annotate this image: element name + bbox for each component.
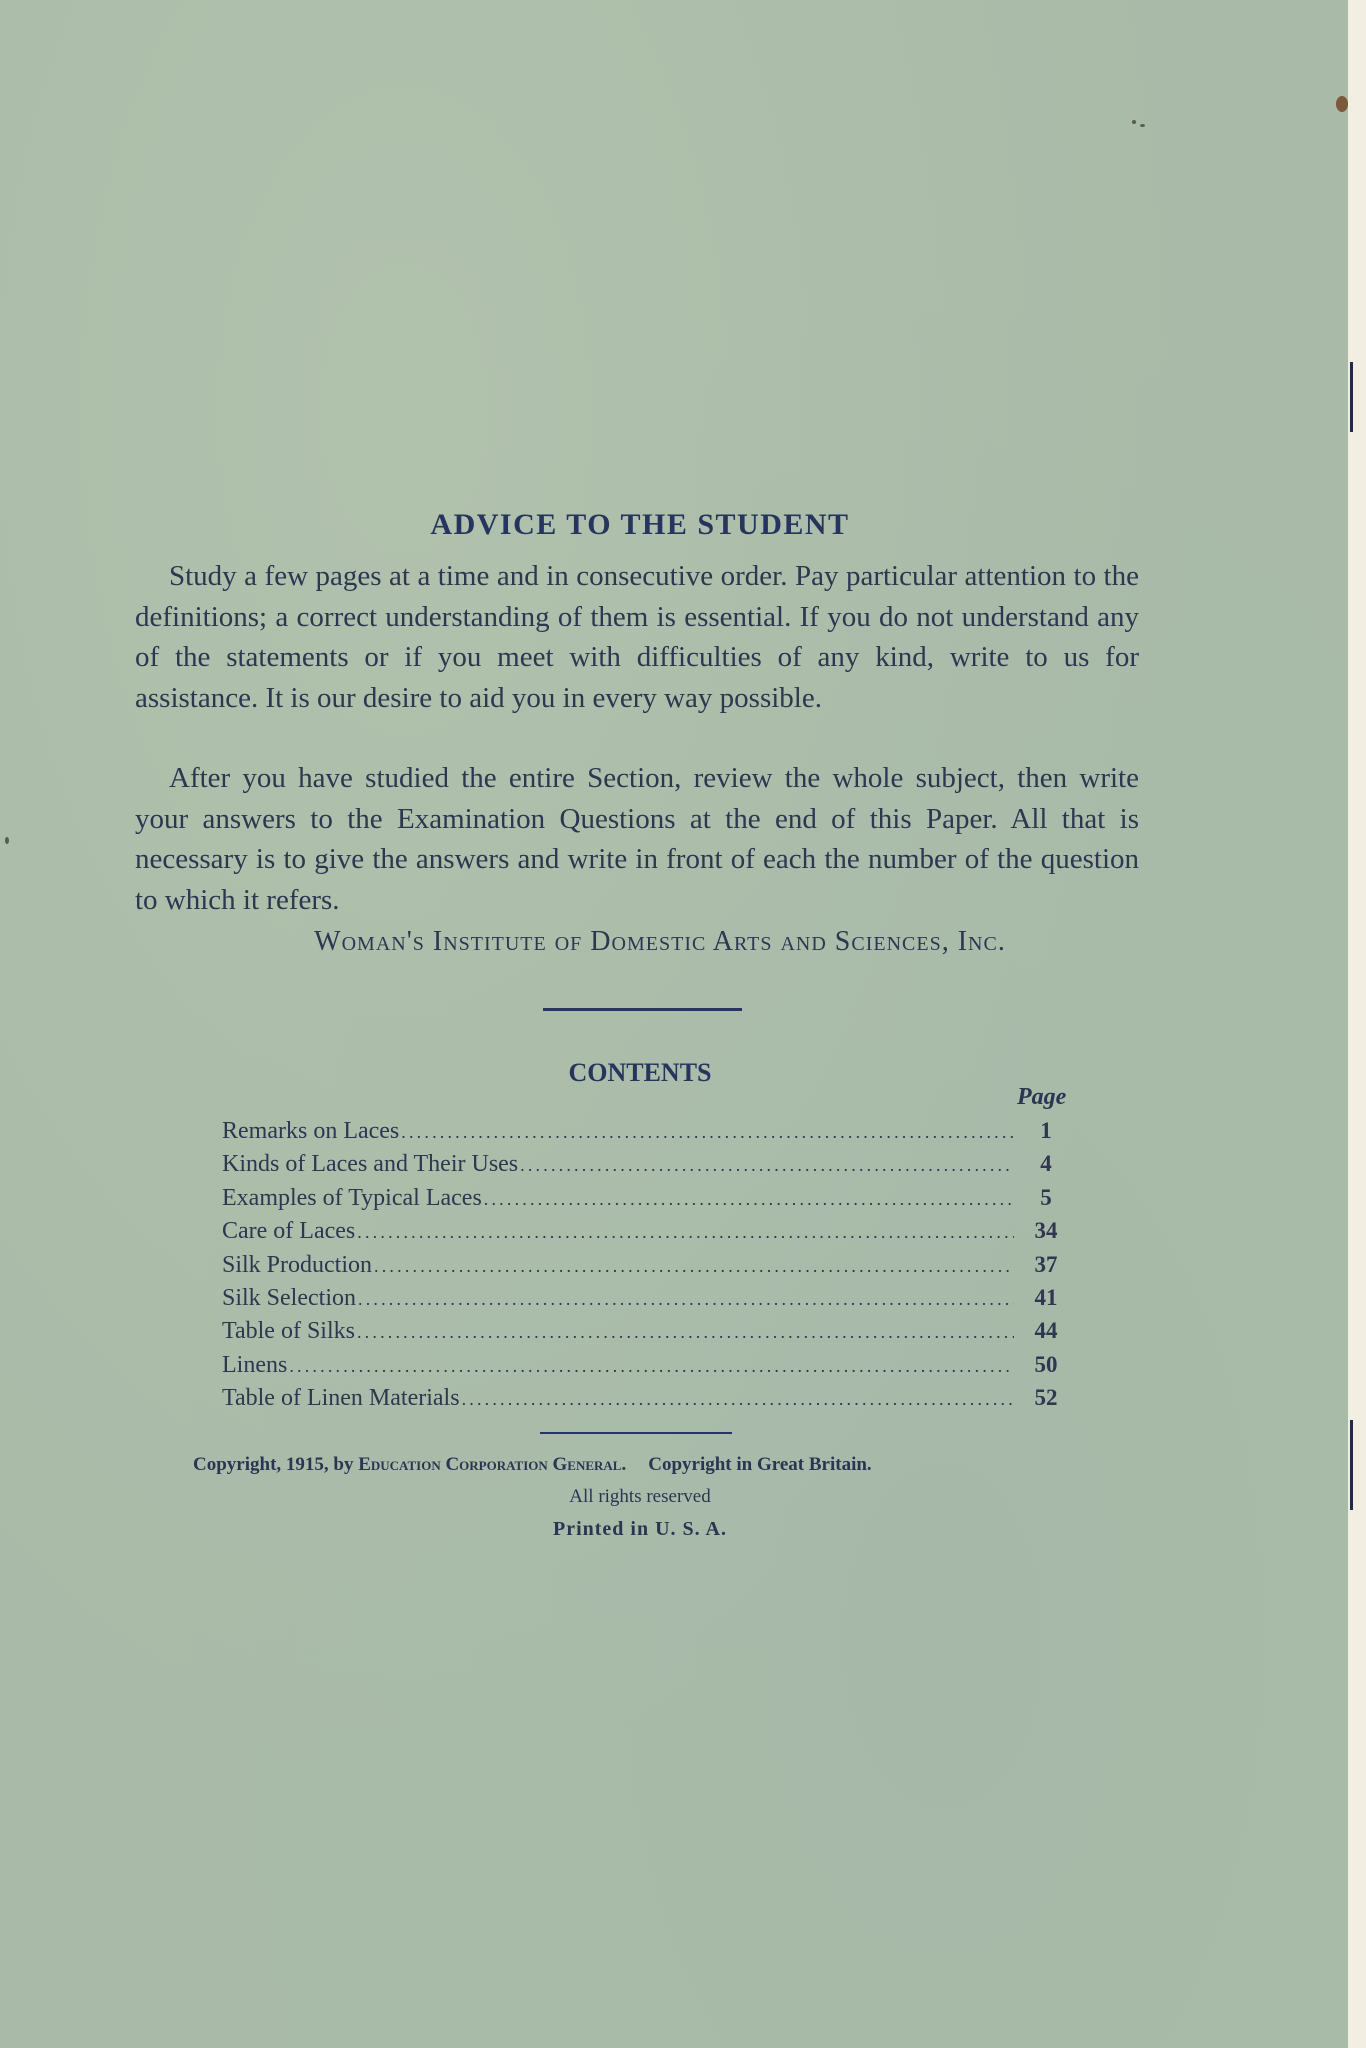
binding-mark [1350, 362, 1353, 432]
toc-entry: Kinds of Laces and Their Uses4 [222, 1151, 1064, 1184]
toc-entry-page: 34 [1028, 1218, 1064, 1244]
toc-entry-label: Linens [222, 1352, 287, 1379]
toc-entry: Table of Linen Materials52 [222, 1385, 1064, 1418]
dot-leader [401, 1122, 1014, 1143]
dot-leader [357, 1322, 1014, 1343]
toc-entry-page: 37 [1028, 1252, 1064, 1278]
copyright-holder: Education Corporation General. [358, 1454, 626, 1475]
toc-entry: Linens50 [222, 1352, 1064, 1385]
toc-entry-page: 50 [1028, 1352, 1064, 1378]
toc-entry: Remarks on Laces1 [222, 1118, 1064, 1151]
toc-entry-page: 5 [1028, 1185, 1064, 1211]
toc-entry: Table of Silks44 [222, 1318, 1064, 1351]
dot-leader [484, 1189, 1014, 1210]
dot-leader [520, 1155, 1014, 1176]
binding-mark [1350, 1420, 1353, 1510]
toc-entry-label: Table of Linen Materials [222, 1385, 460, 1412]
toc-entry-label: Examples of Typical Laces [222, 1185, 482, 1212]
toc-entry-label: Table of Silks [222, 1318, 355, 1345]
toc-entry-page: 44 [1028, 1318, 1064, 1344]
printed-in: Printed in U. S. A. [0, 1518, 1280, 1541]
toc-entry-label: Care of Laces [222, 1218, 355, 1245]
toc-entry-label: Silk Production [222, 1252, 372, 1279]
toc-entry-label: Remarks on Laces [222, 1118, 399, 1145]
table-of-contents: Remarks on Laces1 Kinds of Laces and The… [222, 1118, 1064, 1419]
page-spine-edge [1348, 0, 1366, 2048]
dot-leader [358, 1289, 1014, 1310]
dot-leader [357, 1222, 1014, 1243]
toc-entry-page: 52 [1028, 1385, 1064, 1411]
dot-leader [289, 1356, 1014, 1377]
advice-paragraph-2: After you have studied the entire Sectio… [135, 758, 1139, 920]
paper-speck [1140, 124, 1145, 127]
copyright-line: Copyright, 1915, by Education Corporatio… [193, 1454, 872, 1476]
paper-speck [5, 837, 9, 844]
toc-entry-label: Kinds of Laces and Their Uses [222, 1151, 518, 1178]
copyright-prefix: Copyright, 1915, by [193, 1454, 358, 1475]
toc-entry-label: Silk Selection [222, 1285, 356, 1312]
advice-title: ADVICE TO THE STUDENT [0, 508, 1280, 542]
page-column-label: Page [1017, 1084, 1066, 1111]
contents-title: CONTENTS [0, 1058, 1280, 1088]
footer-divider [540, 1432, 732, 1434]
dot-leader [374, 1256, 1014, 1277]
toc-entry: Examples of Typical Laces5 [222, 1185, 1064, 1218]
toc-entry-page: 1 [1028, 1118, 1064, 1144]
toc-entry: Silk Production37 [222, 1252, 1064, 1285]
toc-entry: Silk Selection41 [222, 1285, 1064, 1318]
toc-entry-page: 4 [1028, 1151, 1064, 1177]
toc-entry: Care of Laces34 [222, 1218, 1064, 1251]
paper-stain [1336, 96, 1348, 112]
paper-speck [1132, 120, 1136, 124]
rights-reserved: All rights reserved [0, 1486, 1280, 1508]
advice-paragraph-1: Study a few pages at a time and in conse… [135, 556, 1139, 718]
copyright-great-britain: Copyright in Great Britain. [648, 1454, 871, 1475]
toc-entry-page: 41 [1028, 1285, 1064, 1311]
document-page: ADVICE TO THE STUDENT Study a few pages … [0, 0, 1348, 2048]
institute-signature: Woman's Institute of Domestic Arts and S… [0, 926, 1320, 958]
dot-leader [462, 1389, 1014, 1410]
section-divider [543, 1008, 742, 1011]
